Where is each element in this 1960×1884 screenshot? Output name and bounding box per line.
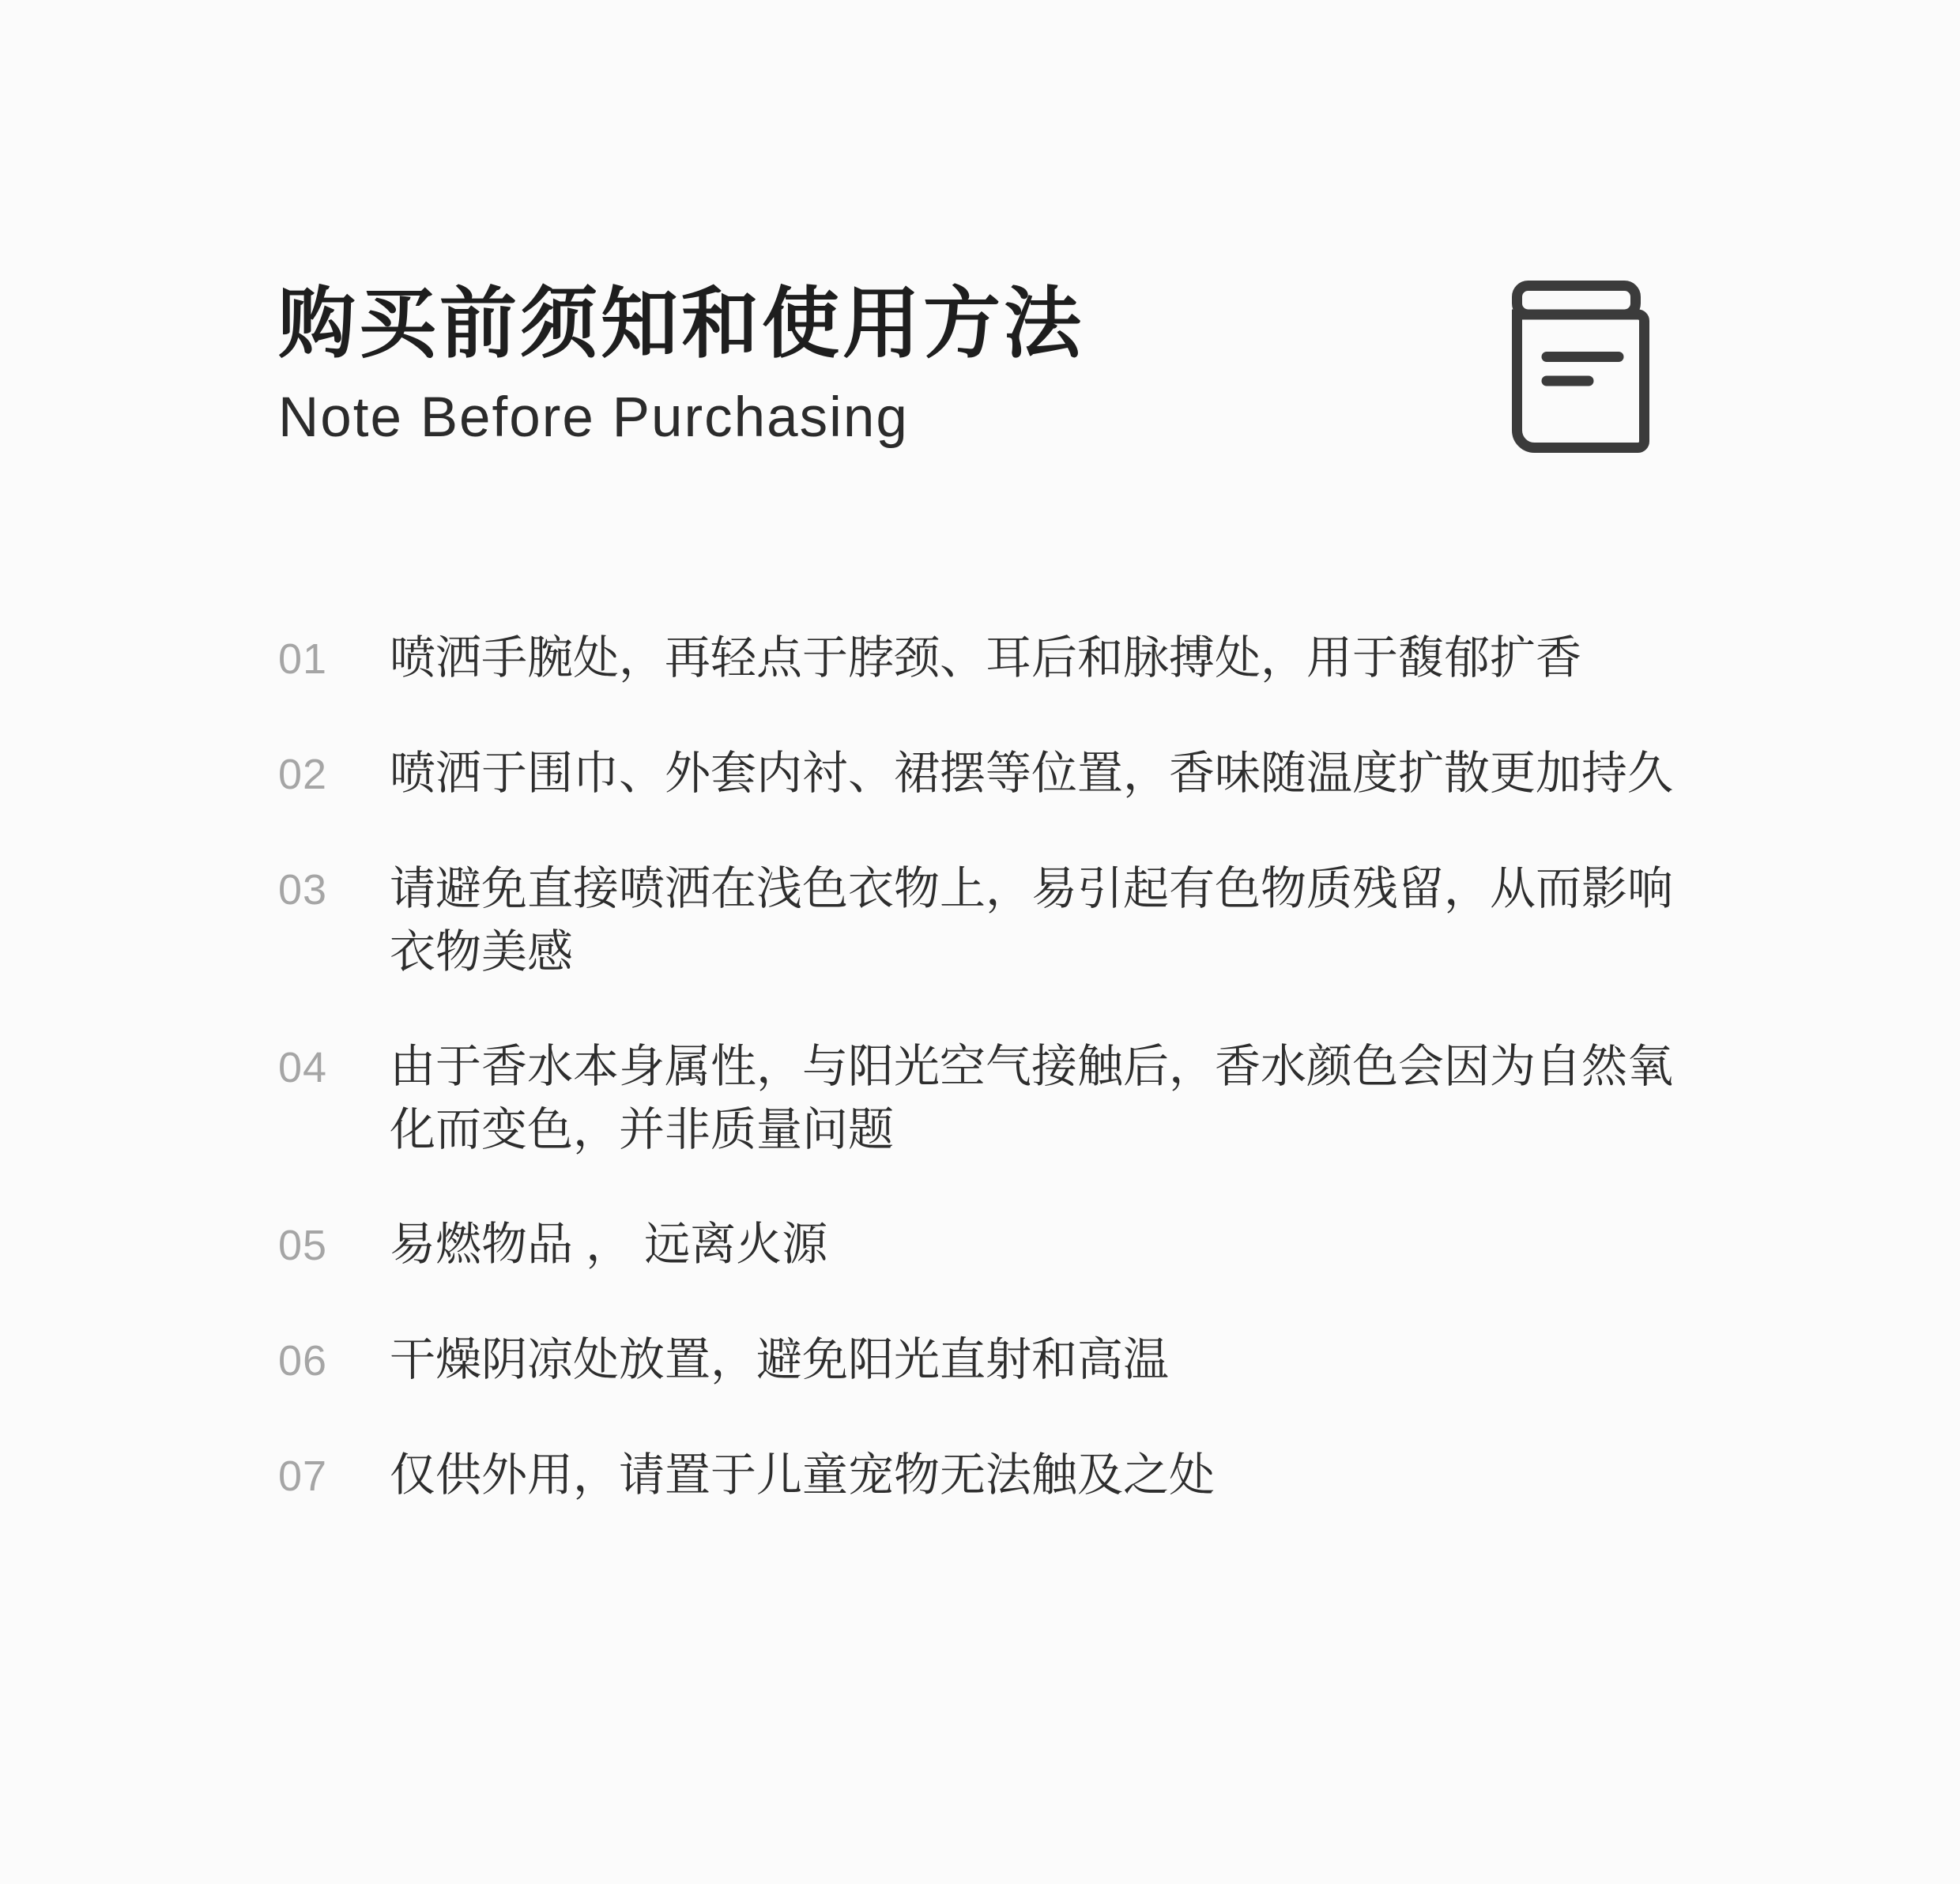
note-item: 05 易燃物品 ， 远离火源 [278,1213,1739,1277]
note-item: 04 由于香水本身属性，与阳光空气接触后，香水颜色会因为自然氧 化而变色，并非质… [278,1035,1739,1162]
note-number: 06 [278,1329,390,1392]
note-text: 干燥阴凉处放置，避免阳光直射和高温 [390,1328,1169,1392]
note-number: 07 [278,1445,390,1508]
note-number: 03 [278,858,390,921]
note-text: 请避免直接喷洒在浅色衣物上，易引起有色物质残留，从而影响 衣物美感 [390,857,1673,984]
note-text: 喷洒于围巾、外套内衬、裙摆等位置，香味随温度扩散更加持久 [390,742,1673,805]
note-text: 易燃物品 ， 远离火源 [390,1213,827,1276]
note-text: 仅供外用，请置于儿童宠物无法触及之处 [390,1444,1215,1507]
note-item: 01 喷洒手腕处，再轻点于脖颈、耳后和脉搏处，用于馥郁扩香 [278,627,1739,691]
note-item: 03 请避免直接喷洒在浅色衣物上，易引起有色物质残留，从而影响 衣物美感 [278,857,1739,984]
notes-list: 01 喷洒手腕处，再轻点于脖颈、耳后和脉搏处，用于馥郁扩香 02 喷洒于围巾、外… [278,627,1739,1508]
note-text: 由于香水本身属性，与阳光空气接触后，香水颜色会因为自然氧 化而变色，并非质量问题 [390,1035,1673,1162]
note-text: 喷洒手腕处，再轻点于脖颈、耳后和脉搏处，用于馥郁扩香 [390,627,1581,690]
notebook-icon [1512,281,1654,453]
note-number: 01 [278,627,390,691]
note-item: 02 喷洒于围巾、外套内衬、裙摆等位置，香味随温度扩散更加持久 [278,742,1739,806]
note-item: 07 仅供外用，请置于儿童宠物无法触及之处 [278,1444,1739,1508]
note-number: 04 [278,1036,390,1099]
note-number: 05 [278,1214,390,1277]
note-number: 02 [278,743,390,806]
note-item: 06 干燥阴凉处放置，避免阳光直射和高温 [278,1328,1739,1392]
product-info-page: 购买前须知和使用方法 Note Before Purchasing 01 喷洒手… [0,0,1960,1884]
